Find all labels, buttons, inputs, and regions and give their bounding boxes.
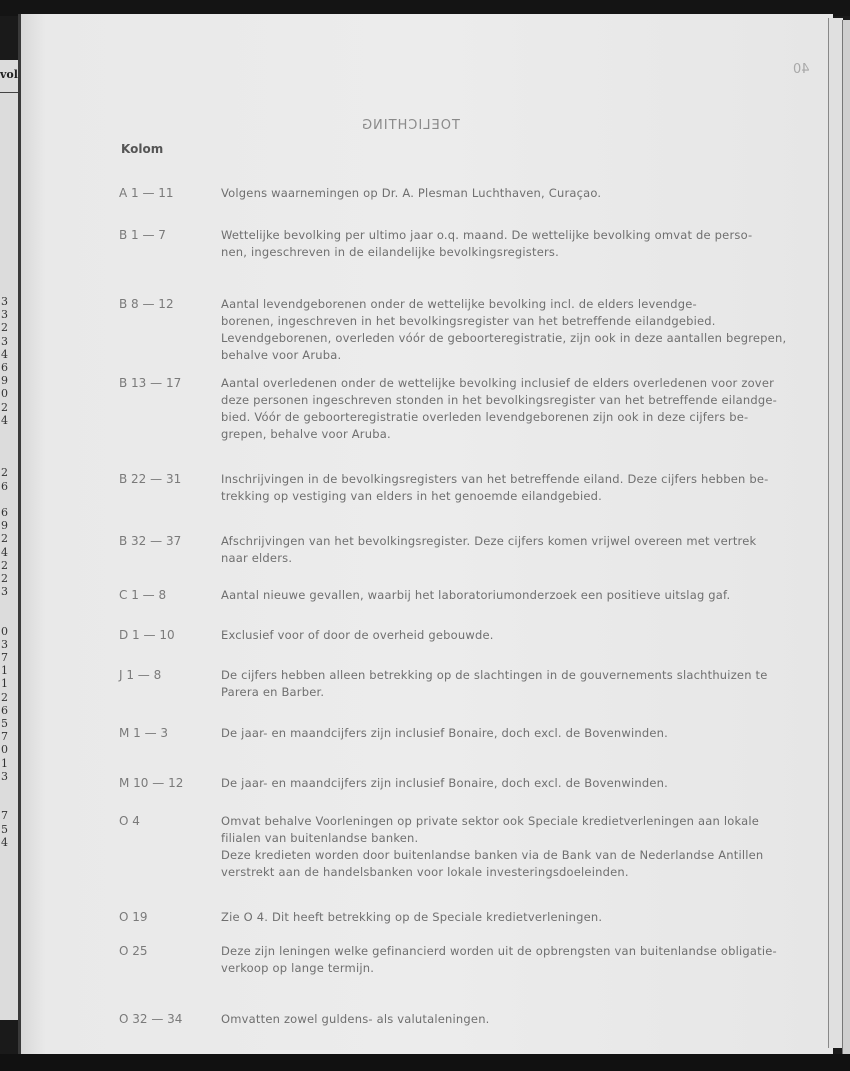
adjacent-digit: 2 (1, 572, 17, 585)
note-key: M 1 — 3 (119, 726, 168, 740)
note-key: O 19 (119, 910, 148, 924)
page-edge-back (842, 20, 850, 1055)
note-key: M 10 — 12 (119, 776, 183, 790)
note-key: J 1 — 8 (119, 668, 161, 682)
note-line: Levendgeborenen, overleden vóór de geboo… (221, 331, 786, 345)
adjacent-digit: 9 (1, 374, 17, 387)
note-line: behalve voor Aruba. (221, 348, 341, 362)
note-line: nen, ingeschreven in de eilandelijke bev… (221, 245, 559, 259)
note-line: Omvatten zowel guldens- als valutalening… (221, 1012, 490, 1026)
adjacent-digit: 3 (1, 585, 17, 598)
note-key: D 1 — 10 (119, 628, 175, 642)
adjacent-digit: 2 (1, 691, 17, 704)
note-line: De jaar- en maandcijfers zijn inclusief … (221, 726, 668, 740)
adjacent-digit: 4 (1, 546, 17, 559)
adjacent-digit: 5 (1, 823, 17, 836)
note-key: O 25 (119, 944, 148, 958)
adjacent-digit: 4 (1, 414, 17, 427)
adjacent-digit: 9 (1, 519, 17, 532)
adjacent-digit: 0 (1, 625, 17, 638)
adjacent-digit: 3 (1, 335, 17, 348)
adjacent-digit: 6 (1, 704, 17, 717)
note-line: Afschrijvingen van het bevolkingsregiste… (221, 534, 756, 548)
adjacent-page-strip: volg 3323469024266924223037112657013754 (0, 60, 20, 1020)
adjacent-digit: 3 (1, 295, 17, 308)
note-key: B 8 — 12 (119, 297, 174, 311)
note-line: Wettelijke bevolking per ultimo jaar o.q… (221, 228, 752, 242)
adjacent-digit: 6 (1, 480, 17, 493)
adjacent-digit: 2 (1, 559, 17, 572)
adjacent-digit: 2 (1, 532, 17, 545)
note-line: Deze zijn leningen welke gefinancierd wo… (221, 944, 777, 958)
note-line: Aantal overledenen onder de wettelijke b… (221, 376, 774, 390)
note-line: Omvat behalve Voorleningen op private se… (221, 814, 759, 828)
note-key: B 1 — 7 (119, 228, 166, 242)
adjacent-digit: 2 (1, 401, 17, 414)
note-key: O 32 — 34 (119, 1012, 182, 1026)
adjacent-digit: 1 (1, 757, 17, 770)
page-edge (828, 18, 843, 1048)
adjacent-page-digits: 3323469024266924223037112657013754 (1, 295, 17, 849)
note-line: Inschrijvingen in de bevolkingsregisters… (221, 472, 769, 486)
note-line: Volgens waarnemingen op Dr. A. Plesman L… (221, 186, 601, 200)
adjacent-digit: 4 (1, 836, 17, 849)
adjacent-digit (1, 453, 17, 466)
adjacent-digit: 6 (1, 506, 17, 519)
scan-bottom-border (0, 1054, 850, 1071)
column-header: Kolom (121, 142, 163, 156)
adjacent-digit: 0 (1, 743, 17, 756)
adjacent-digit: 3 (1, 638, 17, 651)
page-title: TOELICHTING (361, 118, 460, 133)
note-line: Aantal nieuwe gevallen, waarbij het labo… (221, 588, 730, 602)
adjacent-digit: 0 (1, 387, 17, 400)
note-key: B 22 — 31 (119, 472, 181, 486)
adjacent-digit: 7 (1, 651, 17, 664)
adjacent-digit: 2 (1, 321, 17, 334)
note-line: filialen van buitenlandse banken. (221, 831, 418, 845)
adjacent-digit: 1 (1, 664, 17, 677)
note-key: A 1 — 11 (119, 186, 174, 200)
note-key: B 13 — 17 (119, 376, 181, 390)
note-line: Parera en Barber. (221, 685, 324, 699)
note-line: trekking op vestiging van elders in het … (221, 489, 602, 503)
note-line: Deze kredieten worden door buitenlandse … (221, 848, 763, 862)
adjacent-digit: 5 (1, 717, 17, 730)
adjacent-digit: 1 (1, 677, 17, 690)
page-number: 40 (793, 62, 810, 77)
note-line: Aantal levendgeborenen onder de wettelij… (221, 297, 697, 311)
note-line: De cijfers hebben alleen betrekking op d… (221, 668, 768, 682)
note-line: deze personen ingeschreven stonden in he… (221, 393, 777, 407)
note-line: verkoop op lange termijn. (221, 961, 374, 975)
adjacent-digit: 3 (1, 308, 17, 321)
adjacent-digit (1, 598, 17, 611)
adjacent-digit: 4 (1, 348, 17, 361)
adjacent-page-tab-text: volg (0, 68, 18, 93)
note-line: grepen, behalve voor Aruba. (221, 427, 391, 441)
adjacent-digit (1, 783, 17, 796)
document-page: 40 TOELICHTING KolomA 1 — 11Volgens waar… (18, 14, 833, 1054)
note-key: C 1 — 8 (119, 588, 166, 602)
note-line: naar elders. (221, 551, 292, 565)
adjacent-digit: 7 (1, 730, 17, 743)
note-key: O 4 (119, 814, 140, 828)
note-line: verstrekt aan de handelsbanken voor loka… (221, 865, 629, 879)
adjacent-digit (1, 440, 17, 453)
adjacent-digit: 3 (1, 770, 17, 783)
note-key: B 32 — 37 (119, 534, 181, 548)
adjacent-digit (1, 612, 17, 625)
adjacent-digit (1, 493, 17, 506)
adjacent-digit: 7 (1, 809, 17, 822)
note-line: Exclusief voor of door de overheid gebou… (221, 628, 494, 642)
adjacent-digit (1, 427, 17, 440)
note-line: borenen, ingeschreven in het bevolkingsr… (221, 314, 716, 328)
note-line: De jaar- en maandcijfers zijn inclusief … (221, 776, 668, 790)
adjacent-digit: 2 (1, 466, 17, 479)
note-line: Zie O 4. Dit heeft betrekking op de Spec… (221, 910, 602, 924)
adjacent-digit (1, 796, 17, 809)
note-line: bied. Vóór de geboorteregistratie overle… (221, 410, 748, 424)
adjacent-digit: 6 (1, 361, 17, 374)
